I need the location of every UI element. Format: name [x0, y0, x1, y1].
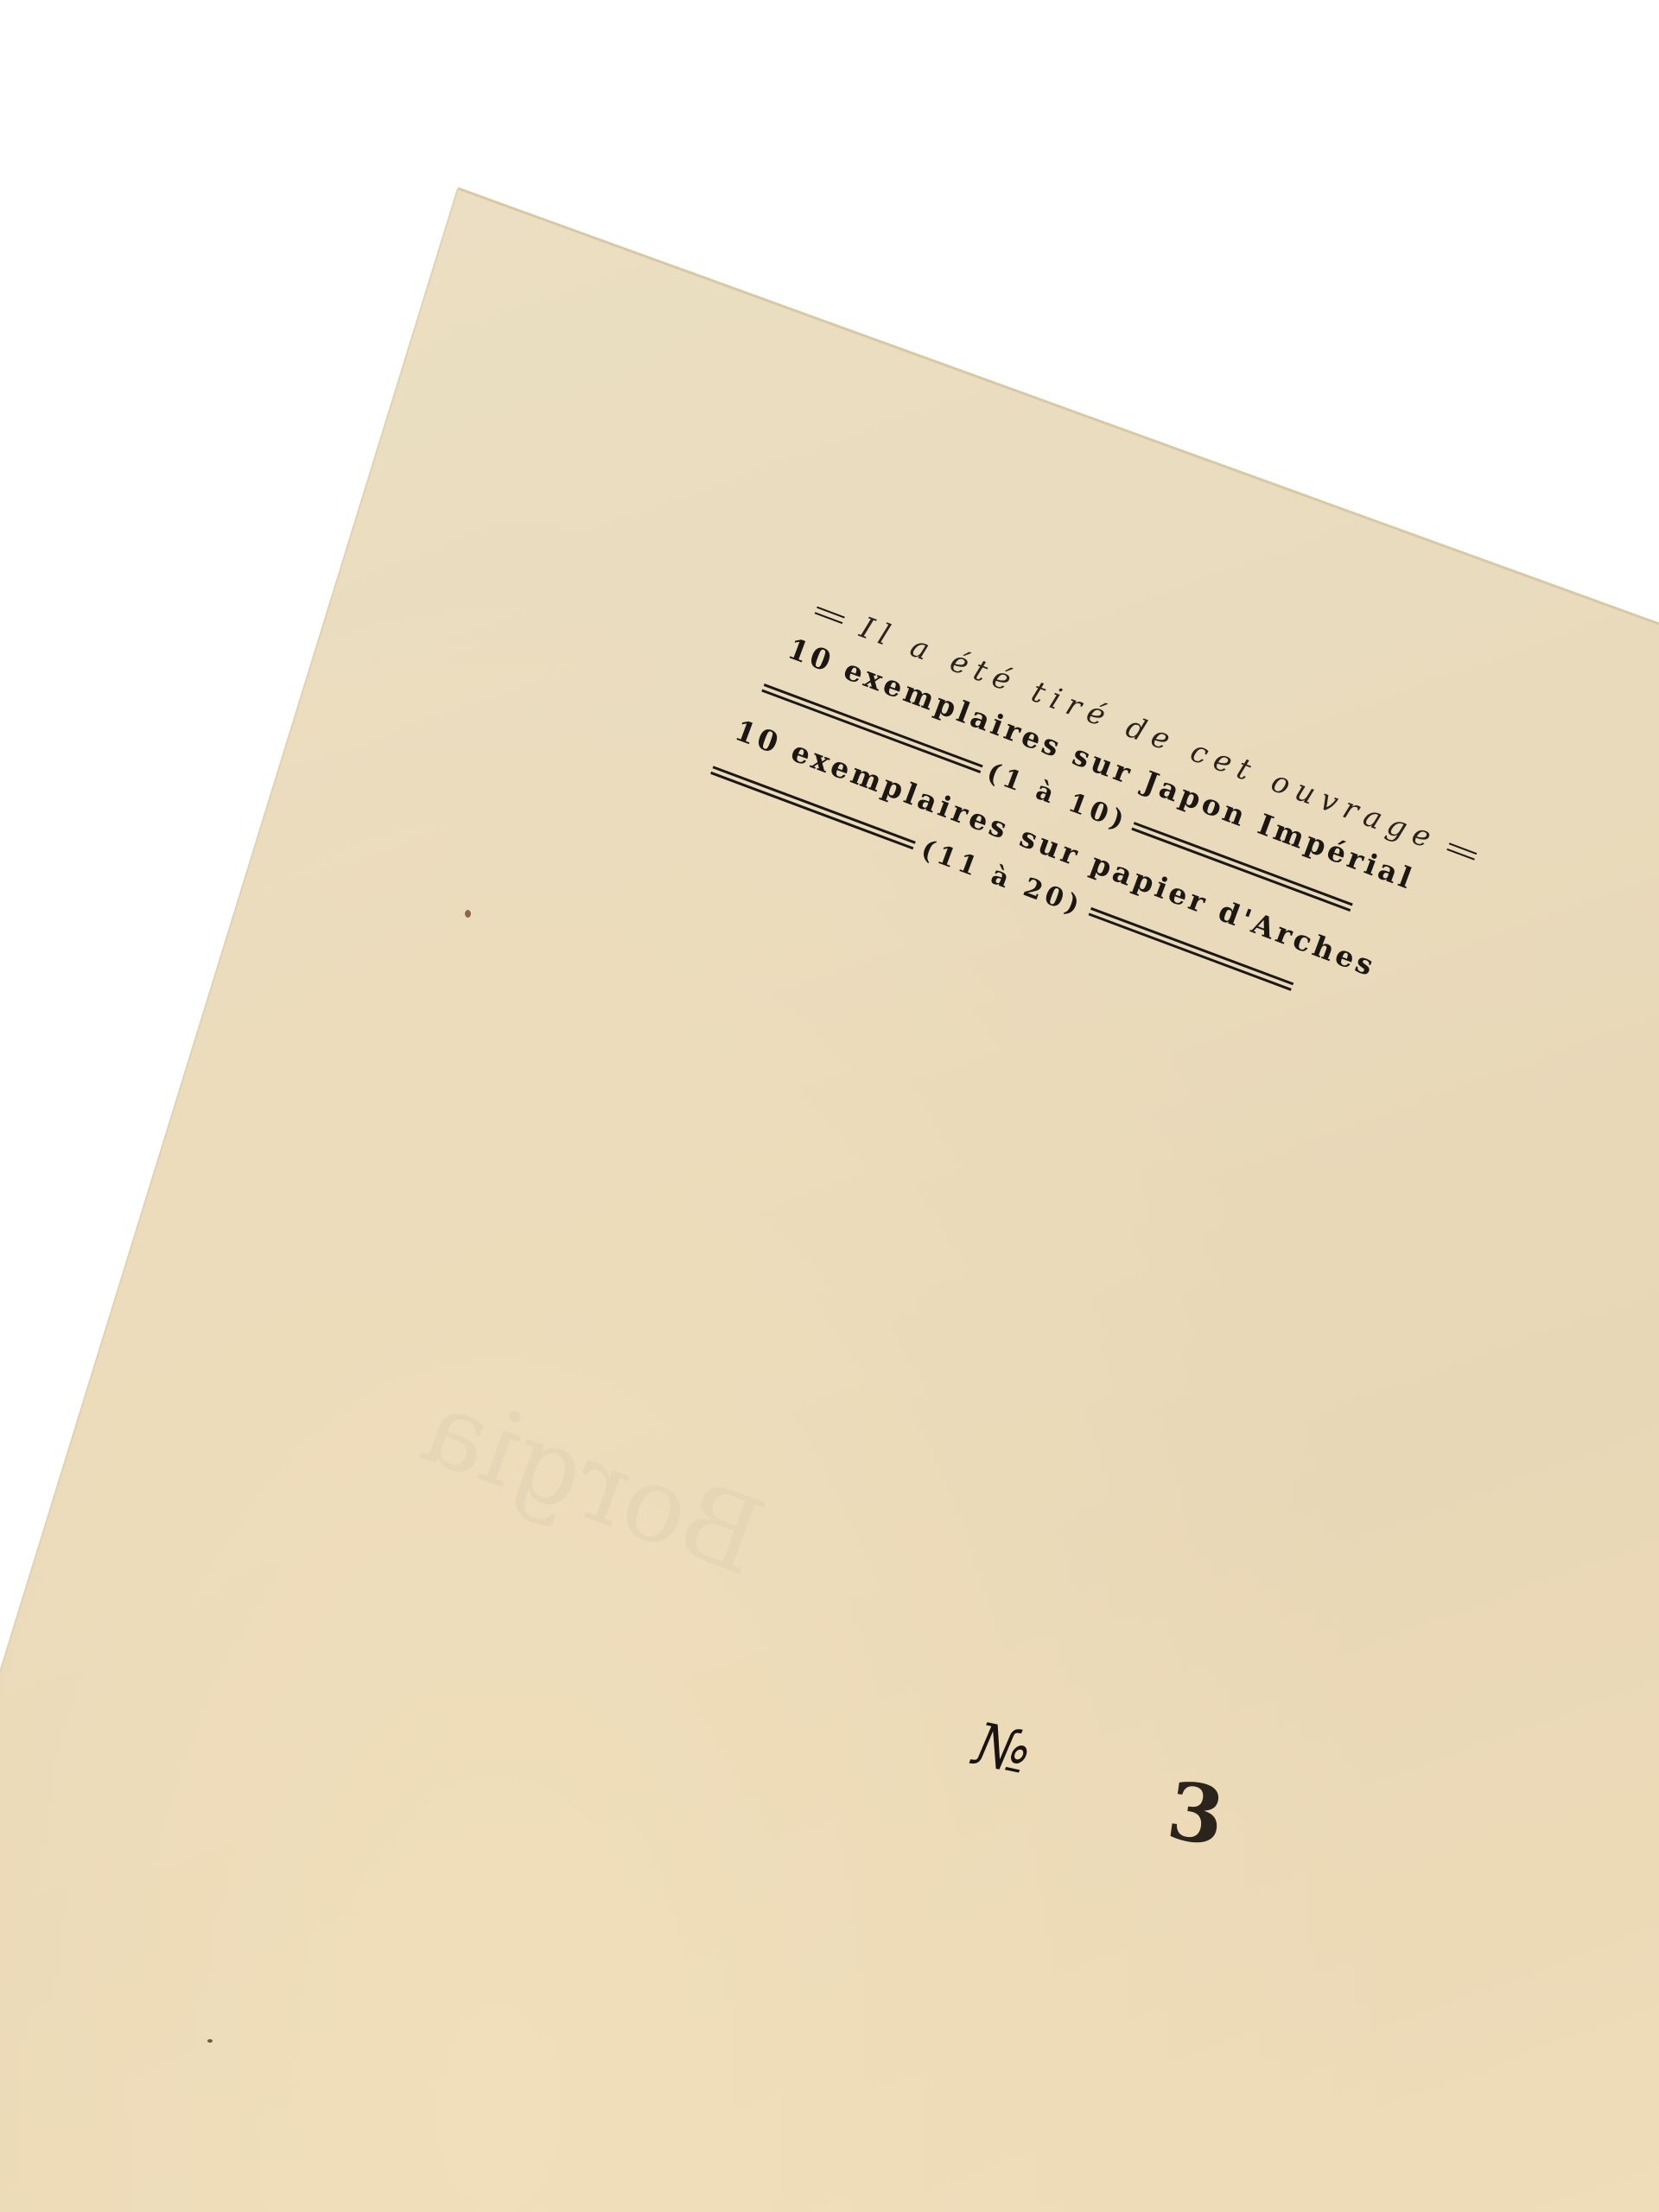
paper-sheet: [0, 0, 1659, 2212]
paper-foxing-spot: [465, 910, 471, 918]
double-rule-icon: [815, 606, 845, 623]
double-rule-icon: [1446, 842, 1477, 860]
paper-foxing-spot: [207, 2039, 213, 2043]
